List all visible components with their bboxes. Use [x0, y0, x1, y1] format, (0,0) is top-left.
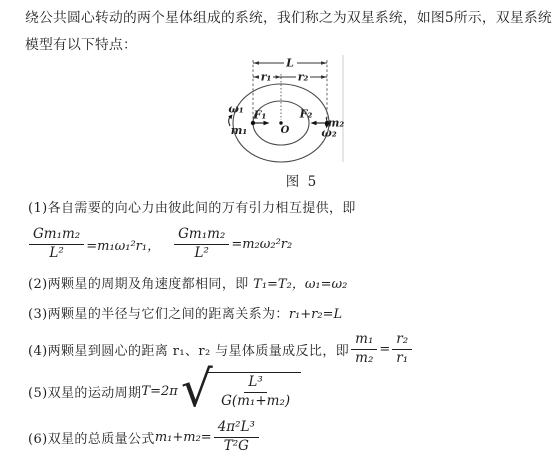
radical-symbol: √	[181, 369, 213, 409]
point-5-lead: T=2π	[141, 384, 177, 399]
point-2-text: (2)两颗星的周期及角速度都相同，即	[28, 277, 253, 292]
arrowhead-L-right	[321, 61, 327, 65]
label-omega2: ω₂	[321, 127, 336, 140]
point-2: (2)两颗星的周期及角速度都相同，即 T₁=T₂，ω₁=ω₂	[28, 273, 347, 292]
label-F1: F₁	[253, 109, 267, 122]
arrowhead-r2-right	[321, 75, 327, 79]
fraction-numerator: 4π²L³	[214, 420, 259, 438]
fraction-denominator: T²G	[220, 438, 253, 455]
fraction-numerator: r₂	[392, 332, 412, 350]
fraction-gm1m2-over-L2-a: Gm₁m₂ L²	[29, 227, 84, 261]
fraction-4pi2L3-over-T2G: 4π²L³ T²G	[214, 420, 259, 454]
textbook-page: 绕公共圆心转动的两个星体组成的系统，我们称之为双星系统，如图5所示，双星系统 模…	[0, 0, 554, 461]
point-1-text: (1)各自需要的向心力由彼此间的万有引力相互提供，即	[28, 197, 356, 216]
point-2-math: T₁=T₂，ω₁=ω₂	[253, 277, 347, 292]
point-6-text: (6)双星的总质量公式	[28, 428, 155, 447]
intro-paragraph: 绕公共圆心转动的两个星体组成的系统，我们称之为双星系统，如图5所示，双星系统 模…	[25, 5, 552, 59]
label-L: L	[285, 57, 294, 70]
arrowhead-r1-right	[276, 75, 282, 78]
label-m1: m₁	[231, 124, 247, 137]
fraction-numerator: L³	[244, 375, 266, 393]
fraction-denominator: G(m₁+m₂)	[217, 393, 294, 410]
point-4-equals: =	[379, 342, 390, 357]
label-O: O	[281, 125, 290, 136]
fraction-denominator: L²	[45, 245, 67, 262]
square-root-expression: √ L³ G(m₁+m₂)	[181, 371, 301, 411]
label-r2: r₂	[298, 71, 309, 84]
arrowhead-r1-left	[253, 75, 259, 79]
label-r1: r₁	[261, 71, 272, 84]
fraction-gm1m2-over-L2-b: Gm₁m₂ L²	[174, 227, 229, 261]
point-3: (3)两颗星的半径与它们之间的距离关系为：r₁+r₂=L	[28, 303, 342, 322]
figure-caption: 图 5	[272, 170, 332, 190]
fraction-denominator: m₂	[351, 350, 377, 367]
point-5-text: (5)双星的运动周期	[28, 382, 141, 401]
label-F2: F₂	[299, 108, 313, 121]
intro-line-1: 绕公共圆心转动的两个星体组成的系统，我们称之为双星系统，如图5所示，双星系统	[25, 5, 552, 32]
radicand: L³ G(m₁+m₂)	[206, 372, 301, 409]
fraction-numerator: Gm₁m₂	[29, 227, 84, 245]
point-6-lead: m₁+m₂=	[155, 430, 212, 445]
fraction-numerator: Gm₁m₂	[174, 227, 229, 245]
fraction-m1-over-m2: m₁ m₂	[351, 332, 377, 366]
point-3-math: r₁+r₂=L	[289, 307, 342, 322]
point-4: (4)两颗星到圆心的距离 r₁、r₂ 与星体质量成反比，即 m₁ m₂ = r₂…	[28, 330, 414, 368]
binary-star-figure: L r₁ r₂ O F₁ F₂ ω₁ m₁ m₂ ω₂	[186, 55, 354, 168]
fraction-numerator: m₁	[351, 332, 377, 350]
arrowhead-L-left	[253, 61, 259, 65]
point-6: (6)双星的总质量公式 m₁+m₂= 4π²L³ T²G	[28, 416, 261, 458]
fraction-r2-over-r1: r₂ r₁	[392, 332, 412, 366]
fraction-denominator: L²	[191, 245, 213, 262]
fraction-denominator: r₁	[392, 350, 412, 367]
formula-equals-m1: =m₁ω₁²r₁，	[86, 235, 160, 254]
point-1-formula: Gm₁m₂ L² =m₁ω₁²r₁， Gm₁m₂ L² =m₂ω₂²r₂	[27, 224, 292, 264]
fraction-L3-over-Gm1m2: L³ G(m₁+m₂)	[217, 375, 294, 409]
arrowhead-F2	[311, 121, 317, 125]
label-omega1: ω₁	[228, 103, 243, 116]
point-3-text: (3)两颗星的半径与它们之间的距离关系为：	[28, 307, 289, 322]
point-4-text: (4)两颗星到圆心的距离 r₁、r₂ 与星体质量成反比，即	[28, 340, 349, 359]
point-5: (5)双星的运动周期 T=2π √ L³ G(m₁+m₂)	[28, 368, 301, 414]
formula-equals-m2: =m₂ω₂²r₂	[231, 237, 292, 252]
